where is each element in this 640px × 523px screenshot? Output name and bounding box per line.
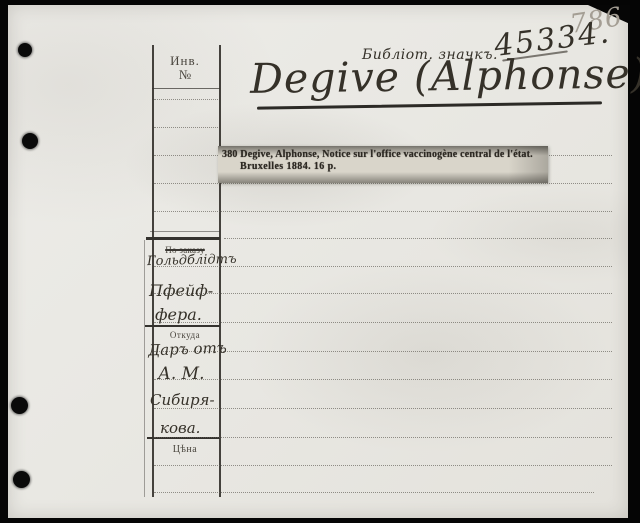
slip-line-1: 380 Degive, Alphonse, Notice sur l'offic… [222,149,533,160]
dotted-rule [154,99,218,100]
pasted-slip: 380 Degive, Alphonse, Notice sur l'offic… [218,146,548,183]
dotted-rule [154,379,612,380]
origin-entry: Даръ отъ [148,339,227,360]
dotted-rule [154,183,612,184]
column-rule-faint [144,240,145,497]
dotted-rule [154,437,612,438]
section-rule-thick [145,325,220,327]
order-entry: Гольдблідтъ [147,252,237,269]
scanned-catalog-card: 786 45334. Библіот. значкъ. Degive (Alph… [0,0,640,523]
dotted-rule [154,408,612,409]
price-label: Цѣна [150,444,220,455]
punch-hole [18,43,32,57]
punch-hole [11,397,28,414]
dotted-rule [154,492,594,493]
dotted-rule [154,127,218,128]
order-entry: Пфейф- [149,281,213,300]
punch-hole [22,133,38,149]
column-rule-right [219,45,221,497]
dotted-rule [154,211,612,212]
card-title: Degive (Alphonse). [250,49,640,103]
origin-entry: А. М. [158,364,205,384]
dotted-rule [154,322,612,323]
punch-hole [13,471,30,488]
order-entry: фера. [155,305,202,324]
dotted-rule [154,465,612,466]
dotted-rule [224,238,612,239]
section-rule-thick [146,237,220,240]
section-rule [152,88,220,89]
dotted-rule [154,293,612,294]
column-rule-left [152,45,154,497]
origin-entry: Сибиря- [150,391,215,409]
slip-line-2: Bruxelles 1884. 16 p. [240,161,336,172]
section-rule [150,231,220,232]
origin-entry: кова. [160,419,200,437]
inventory-number-sign: № [150,67,220,83]
